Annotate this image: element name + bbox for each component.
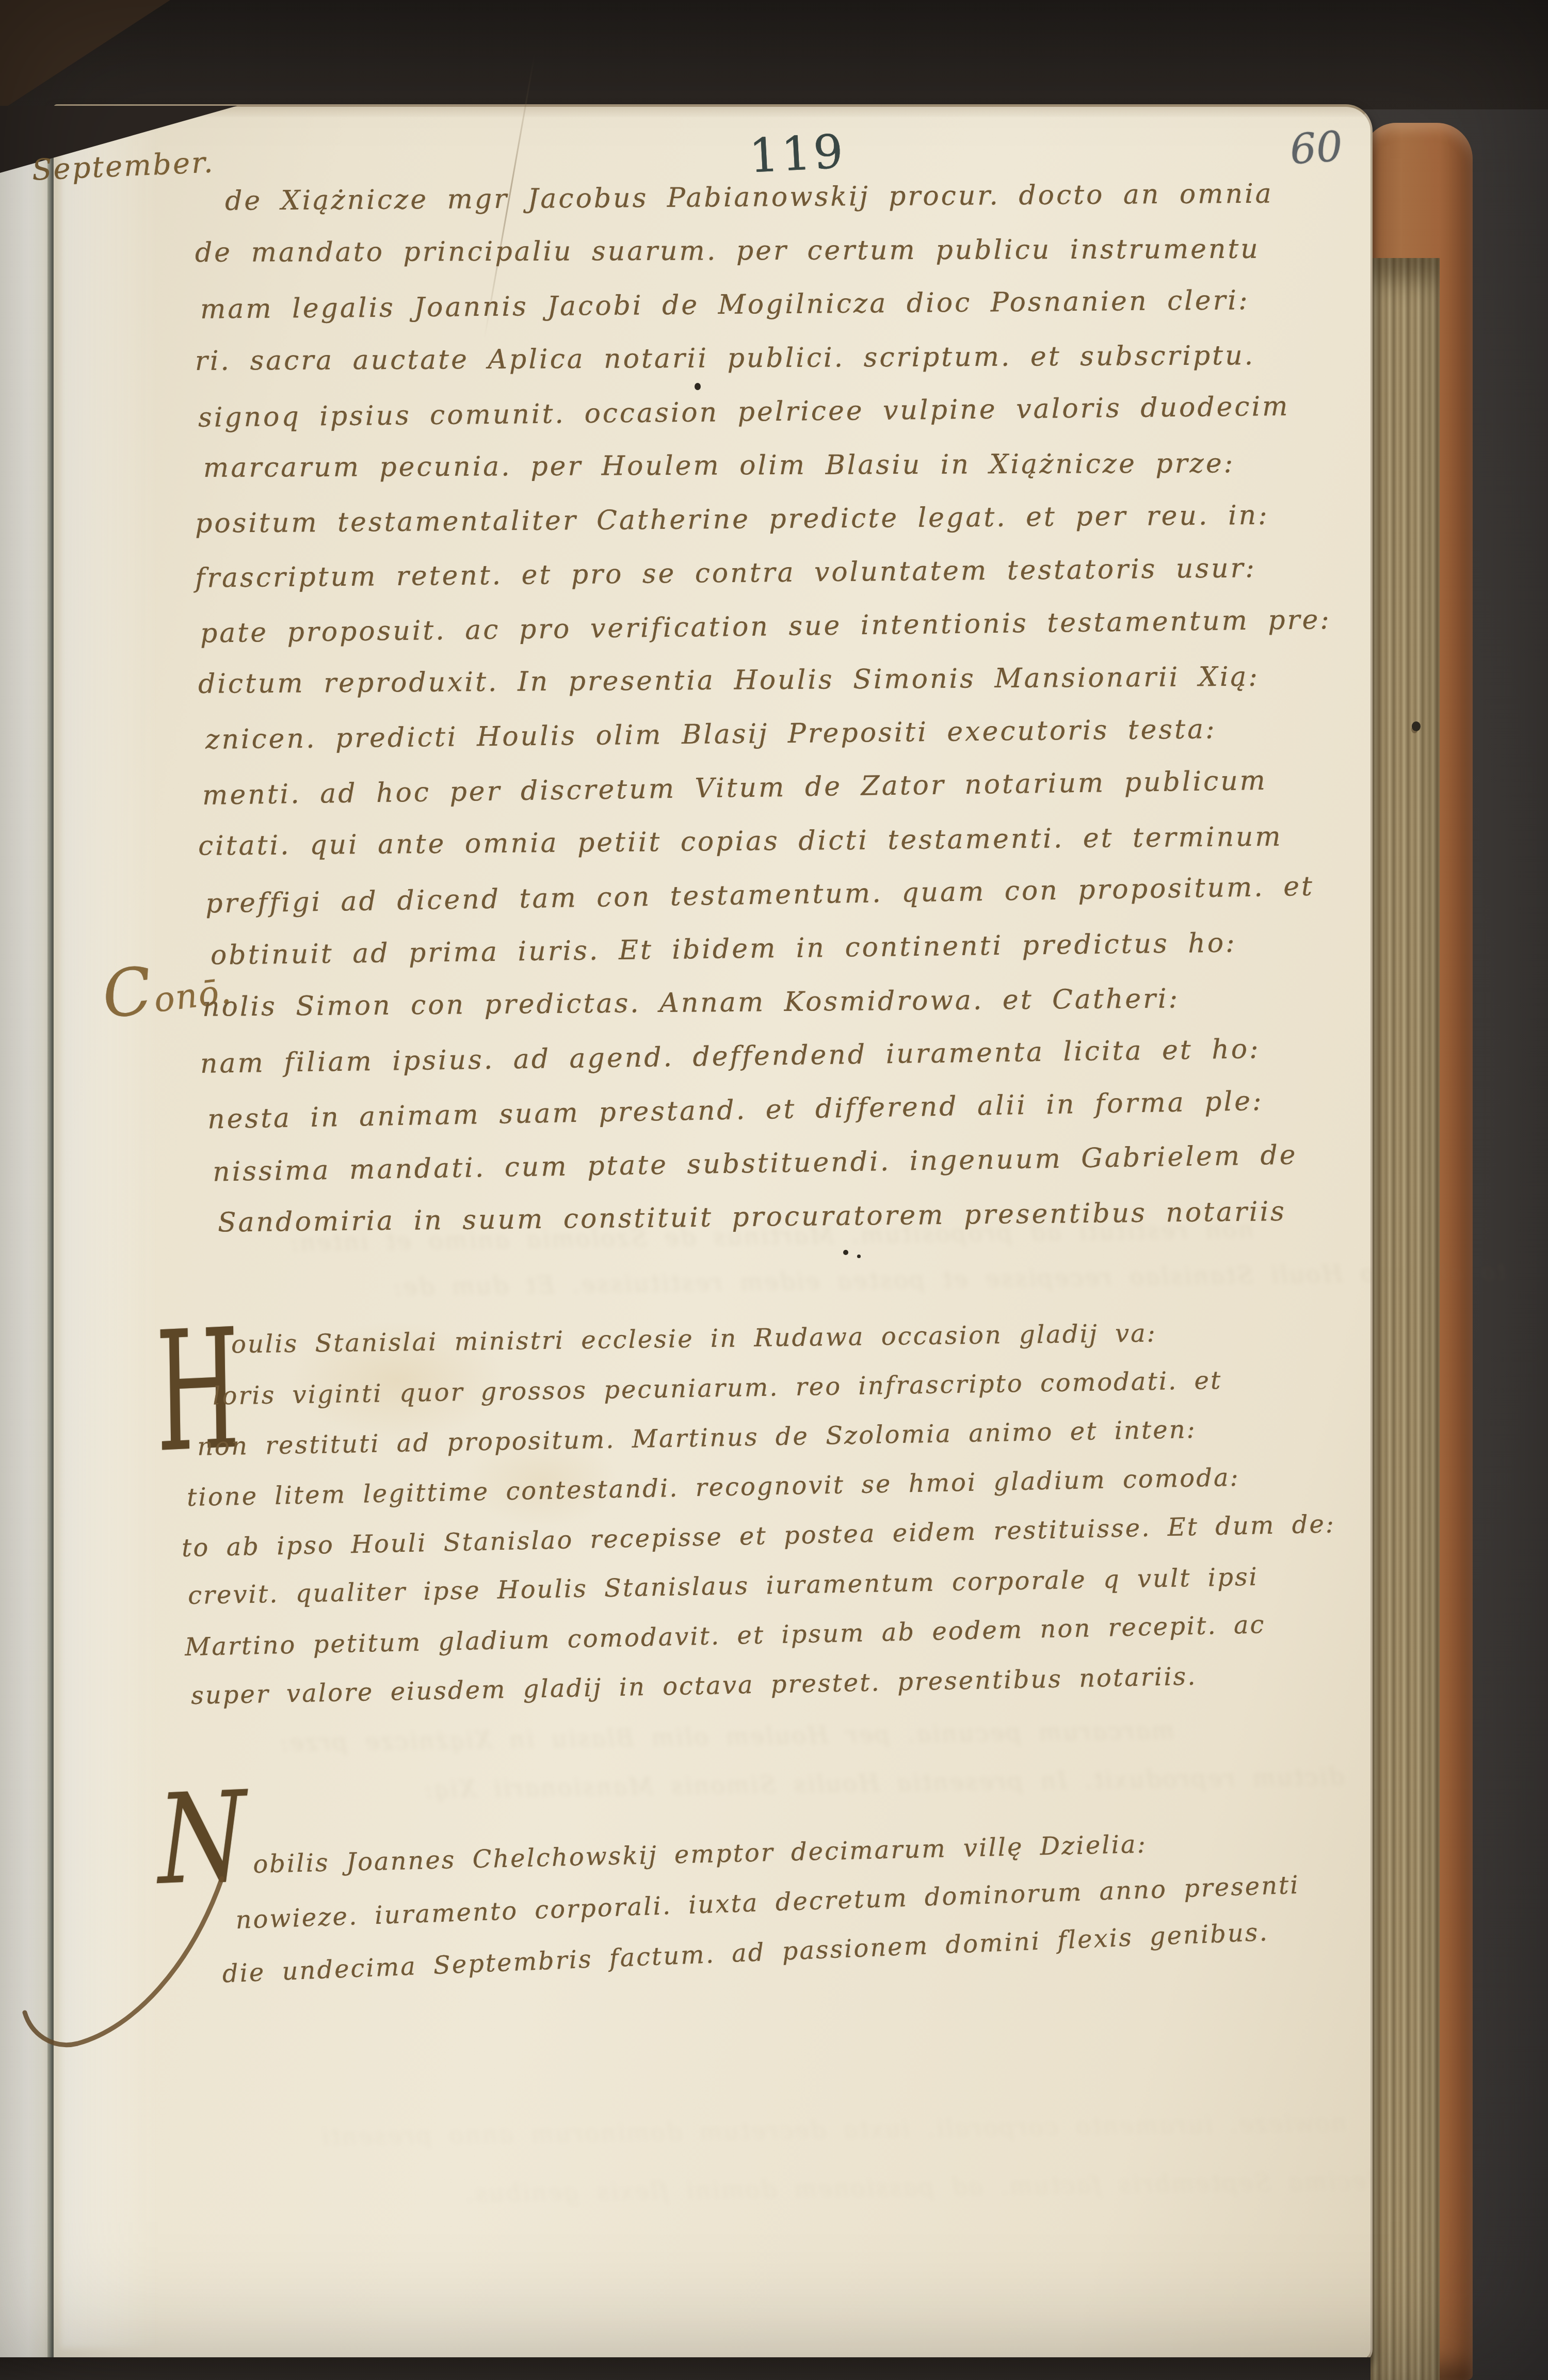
court-record-entry-3: obilis Joannes Chelchowskij emptor decim… xyxy=(222,1827,1388,1975)
ink-speck xyxy=(695,383,701,390)
manuscript-line: marcarum pecunia. per Houlem olim Blasiu… xyxy=(203,436,1361,495)
wormhole xyxy=(1412,721,1421,731)
manuscript-line: positum testamentaliter Catherine predic… xyxy=(195,488,1362,551)
wormhole xyxy=(857,1255,861,1258)
manuscript-line: ri. sacra auctate Aplica notarii publici… xyxy=(195,328,1362,388)
manuscript-line: signoq ipsius comunit. occasion pelricee… xyxy=(198,379,1362,445)
photo-backdrop: non restituti ad propositum. Martinus de… xyxy=(0,0,1548,2380)
folio-number-pencil: 60 xyxy=(1288,122,1344,174)
backdrop-top-shadow xyxy=(0,0,1548,109)
manuscript-line: dictum reproduxit. In presentia Houlis S… xyxy=(198,649,1362,711)
manuscript-line: de mandato principaliu suarum. per certu… xyxy=(195,222,1361,280)
page-bottom-shadow xyxy=(0,2357,1370,2380)
initial-n-swash xyxy=(21,1858,237,2075)
manuscript-line: Sandomiria in suum constituit procurator… xyxy=(218,1184,1362,1249)
court-record-entry-2: oulis Stanislai ministri ecclesie in Rud… xyxy=(182,1313,1368,1709)
wormhole xyxy=(843,1250,848,1255)
manuscript-line: de Xiążnicze mgr Jacobus Pabianowskij pr… xyxy=(225,166,1362,228)
court-record-entry-1: de Xiążnicze mgr Jacobus Pabianowskij pr… xyxy=(195,170,1361,1244)
text-block-fore-edge xyxy=(1368,258,1440,2380)
manuscript-line: mam legalis Joannis Jacobi de Mogilnicza… xyxy=(200,272,1362,336)
